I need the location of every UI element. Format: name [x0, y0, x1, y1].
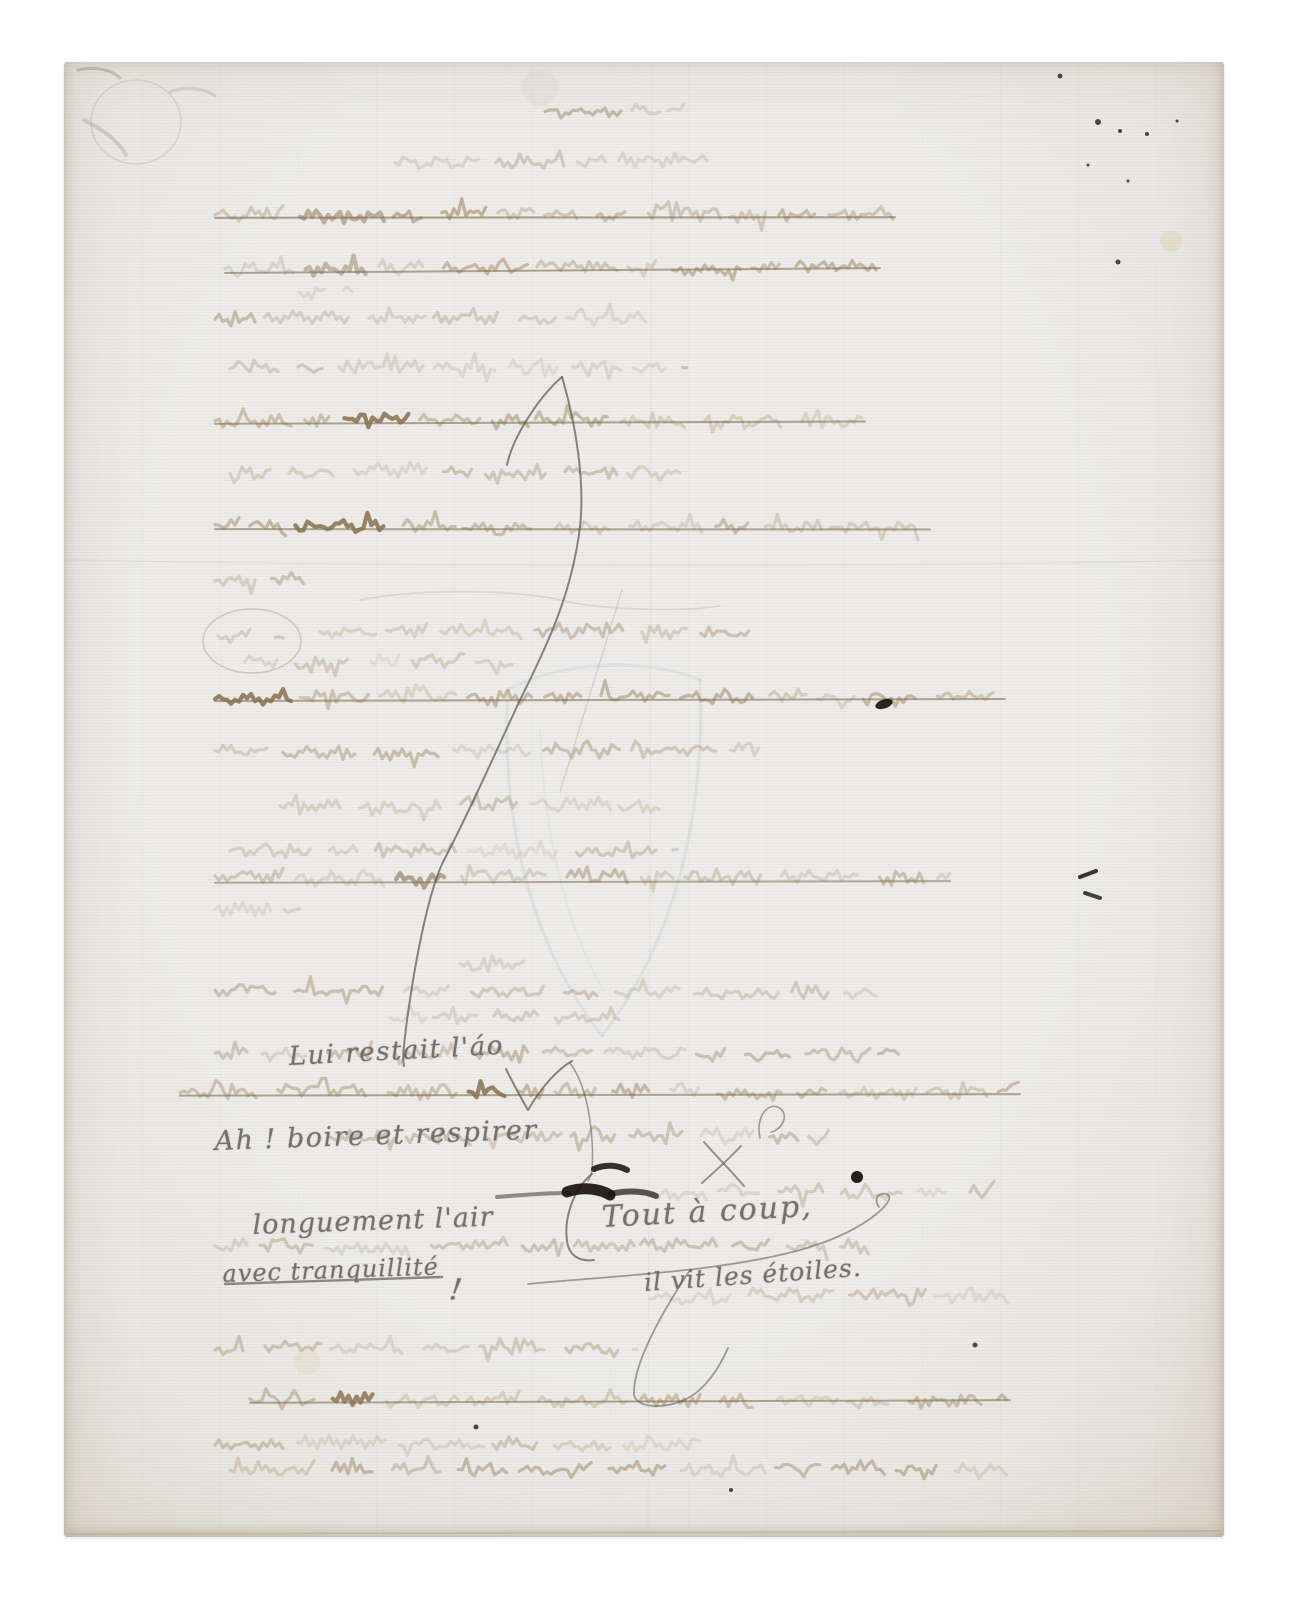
bleedthrough-script-line — [280, 795, 340, 814]
bleedthrough-script-line — [215, 745, 267, 755]
bleedthrough-script-line — [998, 1082, 1018, 1091]
bleedthrough-script-line — [847, 1398, 887, 1408]
bleedthrough-script-line — [520, 316, 556, 324]
bleedthrough-script-line — [630, 1123, 682, 1144]
bleedthrough-script-line — [460, 956, 524, 972]
bleedthrough-script-line — [250, 1389, 314, 1409]
bleedthrough-script-line — [544, 741, 620, 758]
paper-speck — [1176, 120, 1179, 123]
bleedthrough-script-line — [565, 990, 597, 998]
pencil-ghost-wave — [360, 592, 720, 610]
bleedthrough-script-line — [339, 354, 423, 373]
bleedthrough-script-line — [354, 462, 426, 476]
bleedthrough-script-line — [849, 1289, 925, 1305]
bleedthrough-script-line — [538, 1389, 626, 1407]
bleedthrough-script-line — [806, 1048, 870, 1062]
crease-horizontal — [66, 560, 1222, 565]
bleedthrough-script-line — [295, 870, 383, 886]
stamp-oval-bleedthrough — [203, 609, 301, 673]
curl-mark — [759, 1106, 784, 1138]
bleedthrough-script-line — [399, 1439, 483, 1456]
bleedthrough-script-line — [215, 518, 239, 529]
paper-speck — [1058, 74, 1063, 79]
edge-dash-1 — [1080, 871, 1096, 877]
crease-vertical — [648, 64, 652, 1535]
bleedthrough-script-line — [573, 362, 621, 379]
bleedthrough-script-line — [970, 1181, 994, 1197]
bleedthrough-script-line — [215, 311, 255, 326]
bleedthrough-script-line — [535, 623, 623, 638]
bleedthrough-script-line — [632, 104, 660, 113]
bleedthrough-script-line — [387, 624, 427, 637]
bleedthrough-script-line — [830, 522, 918, 540]
corner-smudge-1 — [78, 68, 120, 78]
bleedthrough-script-line — [681, 1455, 765, 1477]
bleedthrough-script-line — [752, 262, 780, 271]
bleedthrough-script-line — [230, 467, 270, 482]
bleedthrough-script-line — [567, 867, 627, 883]
bleedthrough-script-line — [938, 873, 950, 878]
bleedthrough-script-line — [295, 657, 347, 676]
bleedthrough-script-line — [332, 1458, 372, 1473]
bleedthrough-script-line — [284, 909, 300, 913]
bleedthrough-script-line — [796, 260, 876, 272]
bleedthrough-script-line — [694, 988, 778, 999]
bleedthrough-strikethrough — [180, 1094, 1020, 1095]
bleedthrough-strikethrough — [215, 217, 895, 218]
bleedthrough-script-line — [454, 745, 530, 758]
bleedthrough-script-line — [320, 629, 376, 638]
bleedthrough-script-line — [493, 1437, 537, 1450]
bleedthrough-script-line — [673, 849, 677, 850]
bleedthrough-script-line — [798, 1088, 826, 1097]
bleedthrough-script-line — [300, 288, 324, 299]
bleedthrough-script-line — [565, 467, 617, 478]
bleedthrough-script-line — [435, 354, 495, 381]
bleedthrough-script-line — [878, 1049, 898, 1054]
bleedthrough-script-line — [730, 211, 766, 230]
bleedthrough-script-line — [909, 1395, 981, 1408]
bleedthrough-script-line — [265, 1341, 321, 1351]
bleedthrough-script-line — [670, 1084, 698, 1096]
ink-smear-tail — [497, 1193, 570, 1197]
edge-dash-2 — [1085, 893, 1100, 898]
bleedthrough-script-line — [441, 620, 521, 639]
bleedthrough-script-line — [566, 304, 646, 326]
bleedthrough-script-line — [681, 689, 753, 704]
bleedthrough-script-line — [615, 980, 679, 998]
bleedthrough-script-line — [300, 690, 368, 708]
bleedthrough-script-line — [496, 151, 564, 169]
bleedthrough-script-line — [264, 311, 348, 323]
bleedthrough-script-line — [431, 1237, 507, 1249]
bleedthrough-script-line — [880, 871, 924, 885]
paper-speck — [1116, 260, 1121, 265]
bleedthrough-script-line — [918, 1189, 946, 1196]
bleedthrough-script-line — [297, 1436, 385, 1449]
paper-speck — [729, 1488, 733, 1492]
paper-speck — [474, 1425, 479, 1430]
bleedthrough-script-line — [597, 212, 625, 221]
bleedthrough-script-line — [295, 977, 383, 1003]
pencil-ghost-line — [560, 590, 622, 792]
bleedthrough-script-line — [215, 1239, 247, 1251]
bleedthrough-script-line — [545, 693, 581, 703]
bleedthrough-script-line — [668, 104, 684, 111]
bleedthrough-script-line — [716, 519, 748, 533]
bleedthrough-script-line — [215, 1337, 243, 1355]
bleedthrough-script-line — [620, 413, 684, 428]
bleedthrough-script-line — [215, 1440, 283, 1450]
bleedthrough-script-line — [393, 211, 421, 222]
bleedthrough-script-line — [471, 986, 543, 997]
long-stroke — [403, 377, 581, 1066]
bleedthrough-script-line — [640, 1238, 716, 1251]
curve-to-paren — [570, 1063, 592, 1181]
bleedthrough-script-line — [230, 844, 310, 858]
bleedthrough-script-line — [522, 1239, 562, 1255]
bleedthrough-script-line — [955, 1464, 1007, 1479]
bleedthrough-script-line — [745, 1051, 789, 1061]
bleedthrough-script-line — [696, 1048, 724, 1061]
bleedthrough-script-line — [442, 199, 486, 219]
corner-smudge-3 — [170, 89, 215, 96]
handwriting-overlay — [0, 0, 1290, 1619]
ink-dash — [594, 1166, 627, 1170]
bleedthrough-script-line — [845, 989, 877, 999]
bleedthrough-script-line — [329, 846, 357, 855]
bleedthrough-script-line — [809, 1130, 829, 1145]
bleedthrough-script-line — [330, 1336, 402, 1354]
bleedthrough-script-line — [631, 741, 715, 758]
bleedthrough-script-line — [927, 1082, 987, 1098]
bleedthrough-script-line — [770, 1133, 798, 1143]
bleedthrough-script-line — [395, 157, 479, 169]
bleedthrough-script-line — [545, 108, 621, 118]
bleedthrough-script-line — [485, 464, 545, 483]
bleedthrough-script-line — [802, 411, 862, 428]
shield-ghost-right — [602, 680, 701, 1036]
bleedthrough-script-line — [278, 1078, 366, 1096]
corner-smudge-2 — [84, 120, 126, 155]
bleedthrough-script-line — [215, 985, 275, 996]
ink-smear-right — [610, 1192, 656, 1196]
bleedthrough-script-line — [619, 801, 659, 813]
bleedthrough-script-line — [230, 360, 278, 372]
bleedthrough-script-line — [509, 359, 557, 376]
bleedthrough-script-line — [433, 309, 497, 324]
bleedthrough-script-line — [458, 1459, 506, 1477]
bleedthrough-script-line — [215, 902, 271, 915]
bleedthrough-script-line — [494, 1010, 538, 1021]
bleedthrough-script-line — [271, 573, 303, 585]
bleedthrough-script-line — [215, 1042, 247, 1058]
bleedthrough-script-line — [543, 1047, 591, 1056]
bleedthrough-script-line — [624, 1436, 700, 1451]
bleedthrough-script-line — [701, 627, 749, 637]
bleedthrough-script-line — [792, 982, 828, 999]
bleedthrough-script-line — [392, 1457, 440, 1474]
bleedthrough-script-line — [896, 1466, 936, 1479]
bleedthrough-script-line — [566, 1343, 618, 1357]
shield-ghost-inner — [540, 730, 603, 990]
top-edge-stain — [522, 70, 558, 106]
bleedthrough-script-line — [609, 1461, 665, 1475]
bleedthrough-script-line — [283, 746, 355, 760]
bleedthrough-script-line — [275, 637, 283, 638]
bleedthrough-script-line — [701, 1128, 753, 1143]
bottom-edge-tint — [70, 1531, 1220, 1534]
bleedthrough-script-line — [519, 1463, 591, 1478]
bleedthrough-script-line — [530, 797, 610, 812]
bleedthrough-script-line — [480, 1339, 544, 1361]
bleedthrough-script-line — [344, 287, 352, 292]
bleedthrough-script-line — [628, 467, 680, 481]
bleedthrough-strikethrough — [250, 1400, 1010, 1403]
bleedthrough-script-line — [576, 842, 656, 858]
bleedthrough-script-line — [730, 743, 758, 755]
bleedthrough-script-line — [469, 841, 557, 859]
bleedthrough-script-line — [733, 1239, 769, 1250]
corner-stain — [1160, 230, 1182, 252]
bleedthrough-script-line — [215, 868, 283, 883]
bleedthrough-script-line — [673, 265, 741, 280]
bleedthrough-script-line — [642, 625, 686, 642]
bleedthrough-script-line — [840, 1087, 916, 1100]
bleedthrough-script-line — [360, 801, 440, 820]
paper-speck — [1118, 129, 1122, 133]
bleedthrough-script-line — [289, 468, 333, 478]
bleedthrough-script-line — [476, 661, 512, 675]
bleedthrough-script-line — [375, 844, 455, 857]
bleedthrough-script-line — [245, 656, 277, 668]
bleedthrough-script-line — [936, 1288, 1008, 1304]
bleedthrough-script-line — [556, 522, 608, 534]
bleedthrough-script-line — [369, 308, 425, 323]
bleedthrough-script-line — [841, 1185, 901, 1200]
bleedthrough-script-line — [374, 749, 438, 767]
bleedthrough-script-line — [444, 467, 472, 477]
paper-speck — [1145, 132, 1149, 136]
bleedthrough-script-line — [749, 1288, 833, 1302]
manuscript-scan: Lui restait l'áoAh ! boire et respirerlo… — [0, 0, 1290, 1619]
ink-dot — [851, 1171, 863, 1183]
bleedthrough-script-line — [601, 681, 669, 702]
bleedthrough-script-line — [215, 689, 291, 705]
bleedthrough-script-line — [574, 1240, 634, 1251]
bleedthrough-script-line — [305, 415, 329, 427]
bleedthrough-script-line — [605, 1048, 685, 1059]
paper-speck — [1095, 119, 1101, 125]
bleedthrough-script-line — [840, 1239, 868, 1254]
bottom-stain — [294, 1349, 320, 1375]
paper-speck — [1087, 164, 1090, 167]
bleedthrough-script-line — [705, 416, 781, 433]
bleedthrough-script-line — [344, 414, 408, 428]
bleedthrough-script-line — [633, 363, 665, 372]
bleedthrough-script-line — [298, 365, 322, 373]
bleedthrough-script-line — [832, 1461, 884, 1475]
bleedthrough-script-line — [371, 655, 399, 667]
bleedthrough-script-line — [779, 210, 815, 221]
bleedthrough-script-line — [230, 1458, 314, 1475]
long-stroke-hook — [507, 377, 562, 465]
ink-smear-blob — [567, 1189, 610, 1195]
bleedthrough-script-line — [998, 1395, 1006, 1399]
bleedthrough-script-line — [215, 576, 255, 594]
bleedthrough-script-line — [619, 153, 707, 167]
stamp-circle-ghost — [91, 80, 181, 164]
bleedthrough-script-line — [433, 1007, 477, 1023]
bleedthrough-script-line — [818, 695, 854, 708]
paper-speck — [973, 1343, 978, 1348]
bleedthrough-script-line — [218, 629, 250, 643]
bleedthrough-strikethrough — [215, 421, 865, 423]
bleedthrough-script-line — [260, 1239, 312, 1253]
bleedthrough-script-line — [554, 1441, 610, 1450]
bleedthrough-script-line — [577, 156, 605, 167]
bleedthrough-strikethrough — [215, 881, 950, 883]
paper-speck — [1127, 180, 1130, 183]
bleedthrough-script-line — [776, 1464, 820, 1477]
bleedthrough-script-line — [386, 1395, 458, 1408]
bleedthrough-script-line — [424, 1344, 468, 1352]
bleedthrough-script-line — [388, 1085, 456, 1100]
bleedthrough-script-line — [412, 654, 464, 668]
